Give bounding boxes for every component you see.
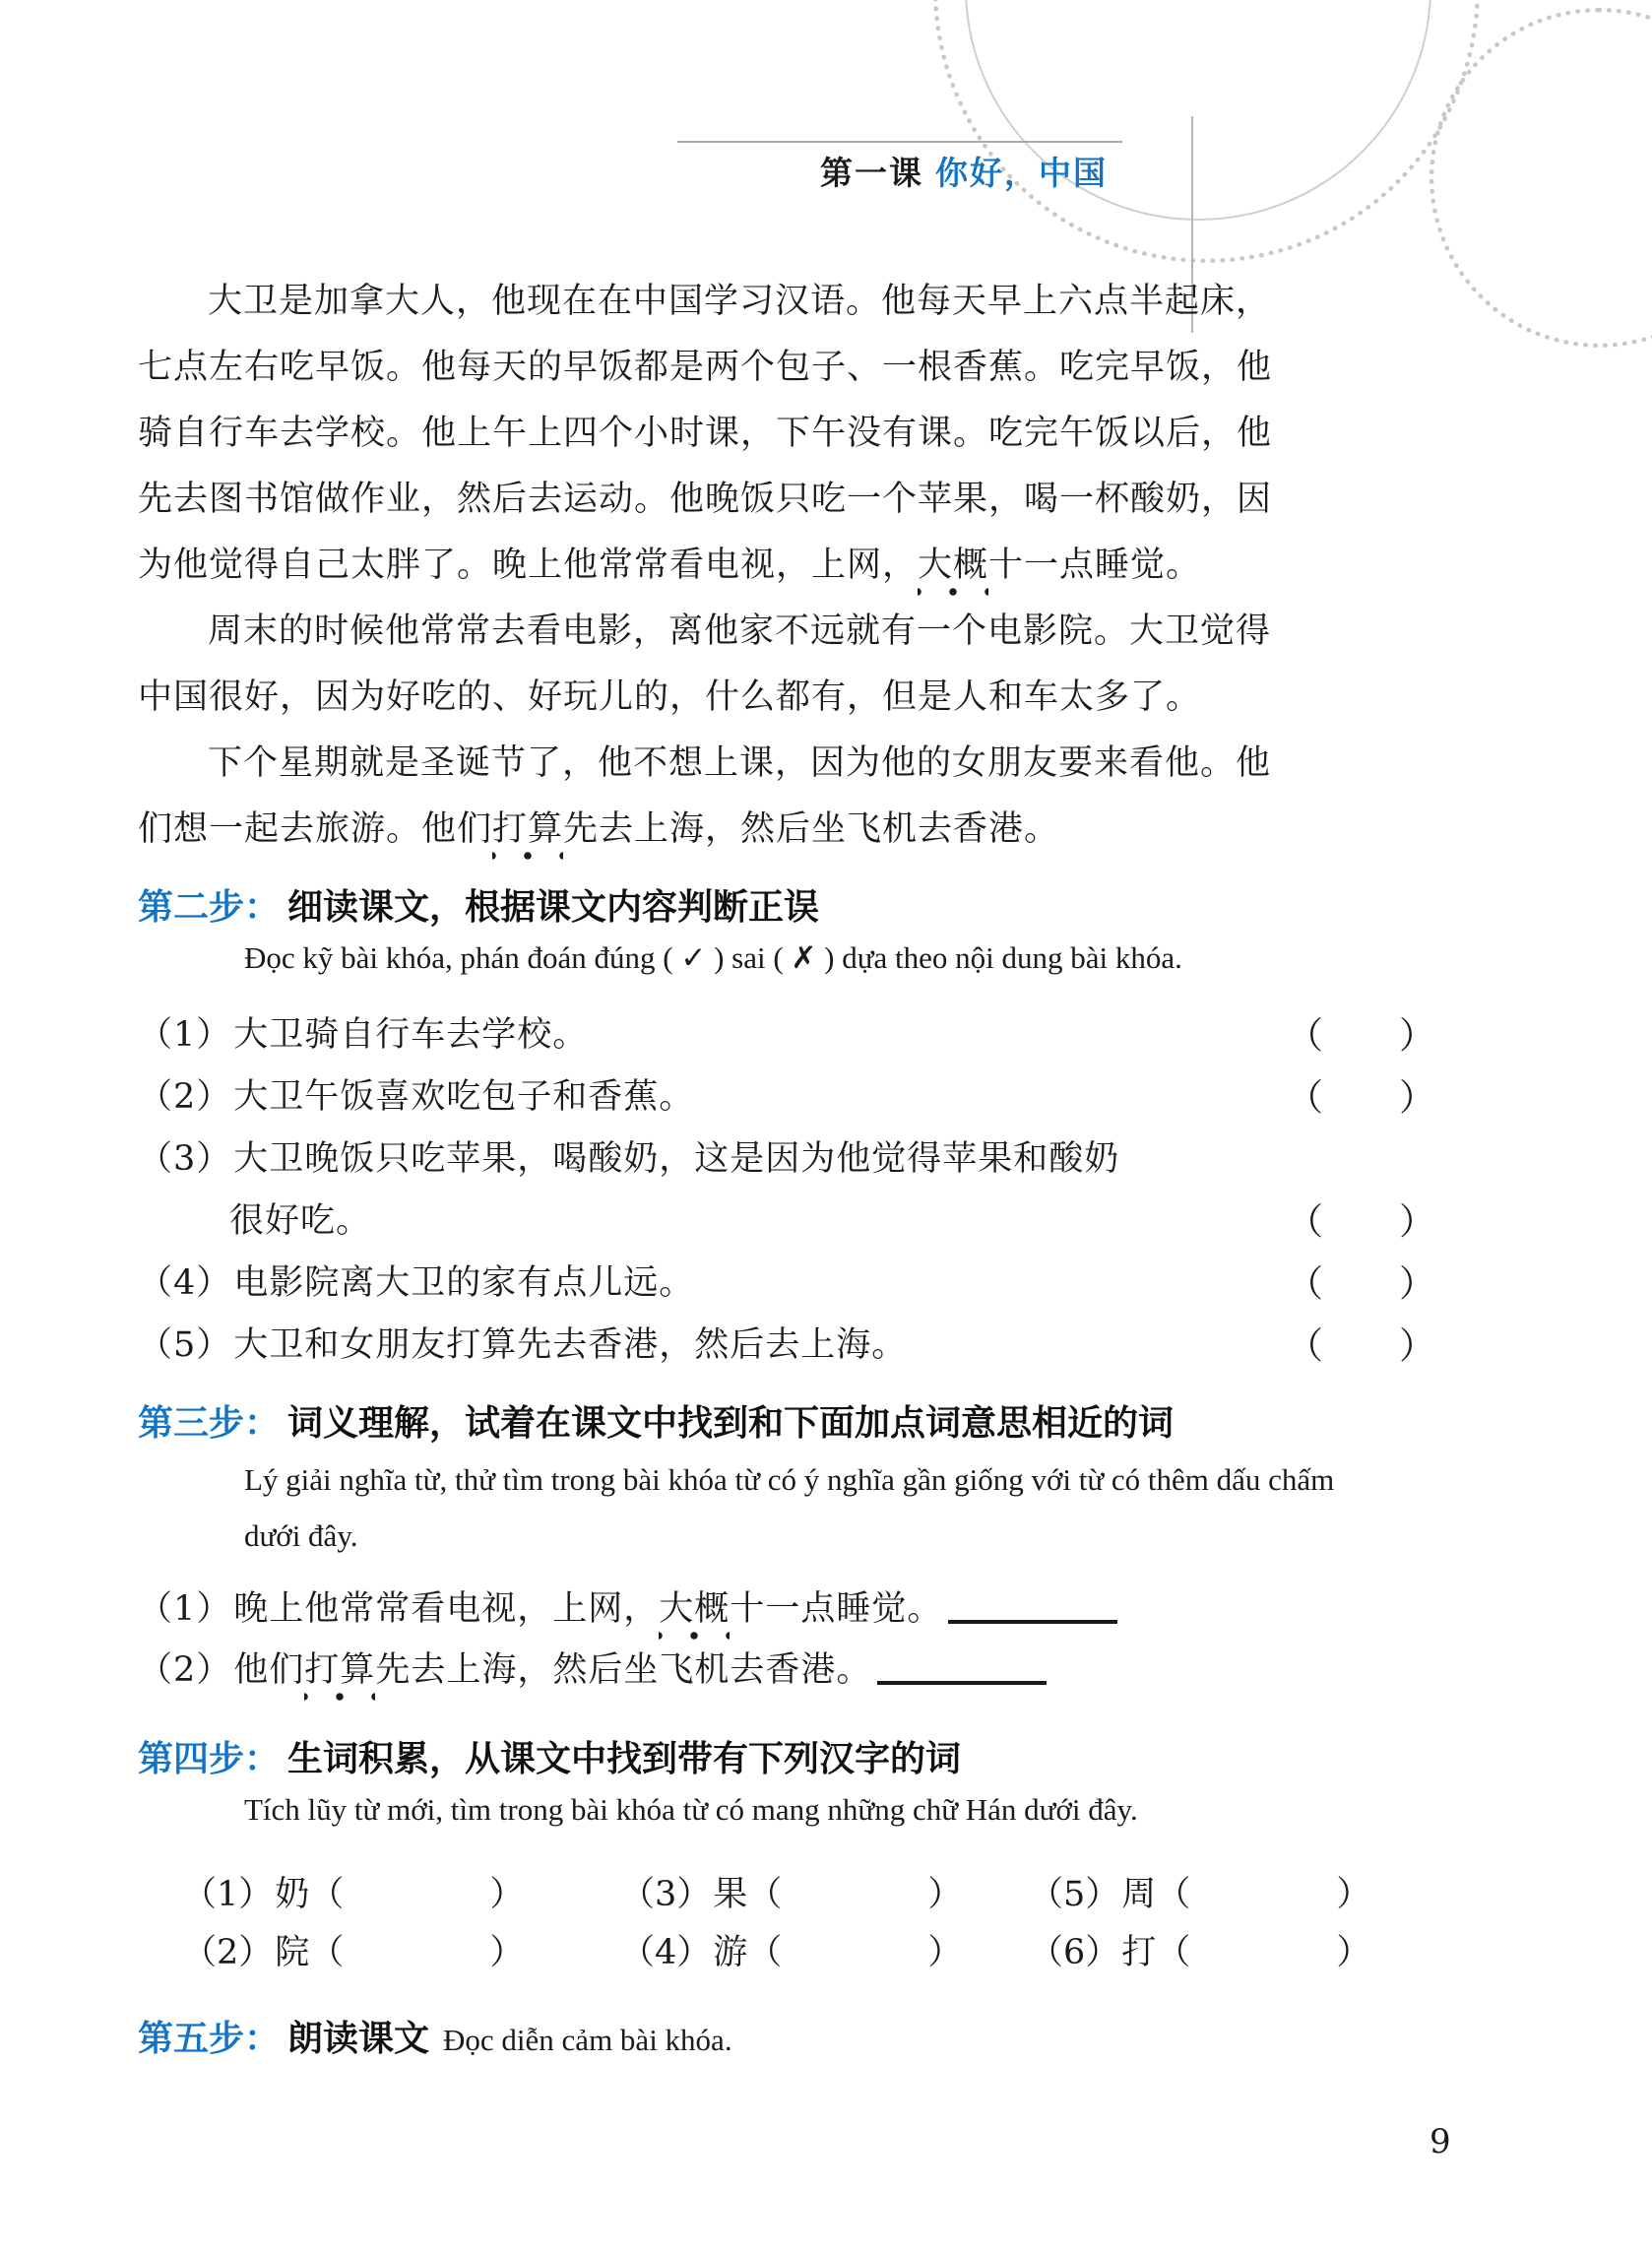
- word-meaning-item: （2）他们打算先去上海，然后坐飞机去香港。: [138, 1640, 1250, 1701]
- paren-close: ）: [1336, 1875, 1370, 1914]
- step3-label: 第三步：: [138, 1403, 280, 1444]
- paren-close: ）: [489, 1875, 524, 1914]
- passage-line: 先去图书馆做作业，然后去运动。他晚饭只吃一个苹果，喝一杯酸奶，因: [138, 467, 1250, 533]
- item-number: （3）: [620, 1875, 711, 1914]
- passage-line: 七点左右吃早饭。他每天的早饭都是两个包子、一根香蕉。吃完早饭，他: [138, 335, 1250, 401]
- textbook-page: 第一课你好，中国 大卫是加拿大人，他现在在中国学习汉语。他每天早上六点半起床，七…: [0, 0, 1652, 2257]
- target-character: 打: [1121, 1933, 1156, 1972]
- step2-subtitle: Đọc kỹ bài khóa, phán đoán đúng ( ✓ ) sa…: [244, 937, 1250, 979]
- step3-subtitle-line1: Lý giải nghĩa từ, thử tìm trong bài khóa…: [244, 1451, 1250, 1508]
- passage-line: 下个星期就是圣诞节了，他不想上课，因为他的女朋友要来看他。他: [138, 731, 1250, 797]
- dotted-word: 大概: [659, 1589, 730, 1642]
- passage-line: 大卫是加拿大人，他现在在中国学习汉语。他每天早上六点半起床，: [138, 269, 1250, 335]
- question-row: （5）大卫和女朋友打算先去香港，然后去上海。（）: [138, 1315, 1250, 1377]
- question-number: （3）: [138, 1139, 231, 1179]
- target-character: 周: [1121, 1875, 1156, 1914]
- paren-open: （: [1287, 1014, 1324, 1057]
- answer-blank-line: [877, 1671, 1047, 1685]
- paren-open: （: [747, 1875, 782, 1914]
- question-row: （2）大卫午饭喜欢吃包子和香蕉。（）: [138, 1066, 1250, 1128]
- paren-open: （: [1287, 1200, 1324, 1243]
- item-number: （2）: [182, 1933, 273, 1972]
- paren-open: （: [1287, 1262, 1324, 1305]
- step3-subtitle-line2: dưới đây.: [244, 1508, 1250, 1564]
- emphasized-word: 大概: [918, 546, 988, 598]
- vocab-item: （2）院（）: [182, 1924, 524, 1982]
- passage-text: 骑自行车去学校。他上午上四个小时课，下午没有课。吃完午饭以后，他: [138, 414, 1272, 453]
- paren-close: ）: [1399, 1076, 1436, 1119]
- question-row: 很好吃。（）: [138, 1191, 1250, 1253]
- item-number: （1）: [182, 1875, 273, 1914]
- item-number: （6）: [1029, 1933, 1119, 1972]
- passage-line: 们想一起去旅游。他们打算先去上海，然后坐飞机去香港。: [138, 797, 1250, 863]
- answer-parentheses: （）: [1287, 1066, 1436, 1128]
- step4-section: 第四步：生词积累，从课文中找到带有下列汉字的词 Tích lũy từ mới,…: [138, 1736, 1250, 1982]
- question-number: （1）: [138, 1015, 231, 1055]
- question-text: 大卫和女朋友打算先去香港，然后去上海。: [233, 1325, 907, 1365]
- step3-heading: 第三步：词义理解，试着在课文中找到和下面加点词意思相近的词: [138, 1400, 1250, 1448]
- paren-open: （: [1156, 1933, 1190, 1972]
- vocab-item: （3）果（）: [620, 1866, 962, 1924]
- passage-line: 为他觉得自己太胖了。晚上他常常看电视，上网，大概十一点睡觉。: [138, 533, 1250, 599]
- step2-heading: 第二步：细读课文，根据课文内容判断正误: [138, 884, 1250, 932]
- target-character: 游: [713, 1933, 747, 1972]
- step5-label: 第五步：: [138, 2019, 280, 2059]
- item-text: 晚上他常常看电视，上网，: [233, 1589, 659, 1629]
- step5-section: 第五步：朗读课文Đọc diễn cảm bài khóa.: [138, 2016, 1250, 2064]
- reading-passage: 大卫是加拿大人，他现在在中国学习汉语。他每天早上六点半起床，七点左右吃早饭。他每…: [138, 0, 1250, 863]
- passage-line: 骑自行车去学校。他上午上四个小时课，下午没有课。吃完午饭以后，他: [138, 401, 1250, 467]
- step2-section: 第二步：细读课文，根据课文内容判断正误 Đọc kỹ bài khóa, phá…: [138, 884, 1250, 1377]
- item-text: 十一点睡觉。: [730, 1589, 942, 1629]
- answer-blank-line: [948, 1610, 1117, 1624]
- paren-open: （: [747, 1933, 782, 1972]
- passage-text: 十一点睡觉。: [988, 546, 1201, 585]
- question-row: （3）大卫晚饭只吃苹果，喝酸奶，这是因为他觉得苹果和酸奶: [138, 1128, 1250, 1191]
- vocab-item: （4）游（）: [620, 1924, 962, 1982]
- paren-close: ）: [489, 1933, 524, 1972]
- vocab-items: （1）奶（）（3）果（）（5）周（）（2）院（）（4）游（）（6）打（）: [138, 1866, 1250, 1982]
- vocab-item: （1）奶（）: [182, 1866, 524, 1924]
- vocab-item: （6）打（）: [1029, 1924, 1370, 1982]
- paren-open: （: [309, 1875, 344, 1914]
- answer-parentheses: （）: [1287, 1253, 1436, 1315]
- emphasized-word: 打算: [492, 809, 563, 862]
- word-meaning-items: （1）晚上他常常看电视，上网，大概十一点睡觉。（2）他们打算先去上海，然后坐飞机…: [138, 1579, 1250, 1701]
- question-row: （4）电影院离大卫的家有点儿远。（）: [138, 1253, 1250, 1315]
- step4-title: 生词积累，从课文中找到带有下列汉字的词: [287, 1739, 961, 1779]
- answer-parentheses: （）: [1287, 1191, 1436, 1253]
- item-number: （4）: [620, 1933, 711, 1972]
- passage-text: 中国很好，因为好吃的、好玩儿的，什么都有，但是人和车太多了。: [138, 677, 1201, 717]
- step3-subtitle: Lý giải nghĩa từ, thử tìm trong bài khóa…: [244, 1451, 1250, 1564]
- question-text: 电影院离大卫的家有点儿远。: [233, 1263, 694, 1303]
- passage-text: 周末的时候他常常去看电影，离他家不远就有一个电影院。大卫觉得: [208, 612, 1271, 651]
- question-text: 大卫骑自行车去学校。: [233, 1015, 588, 1055]
- question-number: （4）: [138, 1263, 231, 1303]
- step4-subtitle: Tích lũy từ mới, tìm trong bài khóa từ c…: [244, 1789, 1250, 1831]
- step3-title: 词义理解，试着在课文中找到和下面加点词意思相近的词: [287, 1403, 1174, 1444]
- item-number: （1）: [138, 1589, 231, 1629]
- paren-close: ）: [1399, 1014, 1436, 1057]
- step5-title: 朗读课文: [287, 2019, 429, 2059]
- target-character: 果: [713, 1875, 747, 1914]
- vocab-row: （2）院（）（4）游（）（6）打（）: [138, 1924, 1250, 1982]
- paren-open: （: [309, 1933, 344, 1972]
- passage-text: 们想一起去旅游。他们: [138, 809, 492, 849]
- question-number: （2）: [138, 1077, 231, 1117]
- paren-open: （: [1287, 1324, 1324, 1367]
- paren-close: ）: [927, 1933, 962, 1972]
- word-meaning-item: （1）晚上他常常看电视，上网，大概十一点睡觉。: [138, 1579, 1250, 1640]
- step2-title: 细读课文，根据课文内容判断正误: [287, 887, 819, 928]
- target-character: 院: [275, 1933, 309, 1972]
- paren-close: ）: [927, 1875, 962, 1914]
- true-false-questions: （1）大卫骑自行车去学校。（）（2）大卫午饭喜欢吃包子和香蕉。（）（3）大卫晚饭…: [138, 1004, 1250, 1377]
- question-number: （5）: [138, 1325, 231, 1365]
- item-number: （5）: [1029, 1875, 1119, 1914]
- step5-subtitle: Đọc diễn cảm bài khóa.: [443, 2023, 732, 2057]
- passage-text: 先去上海，然后坐飞机去香港。: [563, 809, 1059, 849]
- paren-close: ）: [1399, 1200, 1436, 1243]
- paren-open: （: [1156, 1875, 1190, 1914]
- item-number: （2）: [138, 1650, 231, 1690]
- vocab-row: （1）奶（）（3）果（）（5）周（）: [138, 1866, 1250, 1924]
- page-content: 大卫是加拿大人，他现在在中国学习汉语。他每天早上六点半起床，七点左右吃早饭。他每…: [138, 0, 1250, 2064]
- question-text: 大卫晚饭只吃苹果，喝酸奶，这是因为他觉得苹果和酸奶: [233, 1139, 1119, 1179]
- passage-text: 先去图书馆做作业，然后去运动。他晚饭只吃一个苹果，喝一杯酸奶，因: [138, 480, 1272, 519]
- item-text: 他们: [233, 1650, 304, 1690]
- passage-text: 下个星期就是圣诞节了，他不想上课，因为他的女朋友要来看他。他: [208, 743, 1271, 783]
- target-character: 奶: [275, 1875, 309, 1914]
- step3-section: 第三步：词义理解，试着在课文中找到和下面加点词意思相近的词 Lý giải ng…: [138, 1400, 1250, 1701]
- step4-heading: 第四步：生词积累，从课文中找到带有下列汉字的词: [138, 1736, 1250, 1783]
- answer-parentheses: （）: [1287, 1004, 1436, 1066]
- passage-line: 中国很好，因为好吃的、好玩儿的，什么都有，但是人和车太多了。: [138, 665, 1250, 731]
- paren-close: ）: [1399, 1262, 1436, 1305]
- question-text: 大卫午饭喜欢吃包子和香蕉。: [233, 1077, 694, 1117]
- page-number: 9: [1430, 2122, 1451, 2161]
- step4-label: 第四步：: [138, 1739, 280, 1779]
- passage-text: 大卫是加拿大人，他现在在中国学习汉语。他每天早上六点半起床，: [208, 282, 1271, 321]
- dotted-word: 打算: [304, 1650, 375, 1703]
- paren-close: ）: [1336, 1933, 1370, 1972]
- paren-close: ）: [1399, 1324, 1436, 1367]
- paren-open: （: [1287, 1076, 1324, 1119]
- vocab-item: （5）周（）: [1029, 1866, 1370, 1924]
- question-row: （1）大卫骑自行车去学校。（）: [138, 1004, 1250, 1066]
- passage-line: 周末的时候他常常去看电影，离他家不远就有一个电影院。大卫觉得: [138, 599, 1250, 665]
- step2-label: 第二步：: [138, 887, 280, 928]
- answer-parentheses: （）: [1287, 1315, 1436, 1377]
- passage-text: 为他觉得自己太胖了。晚上他常常看电视，上网，: [138, 546, 918, 585]
- passage-text: 七点左右吃早饭。他每天的早饭都是两个包子、一根香蕉。吃完早饭，他: [138, 348, 1272, 387]
- item-text: 先去上海，然后坐飞机去香港。: [375, 1650, 871, 1690]
- question-text: 很好吃。: [229, 1201, 371, 1241]
